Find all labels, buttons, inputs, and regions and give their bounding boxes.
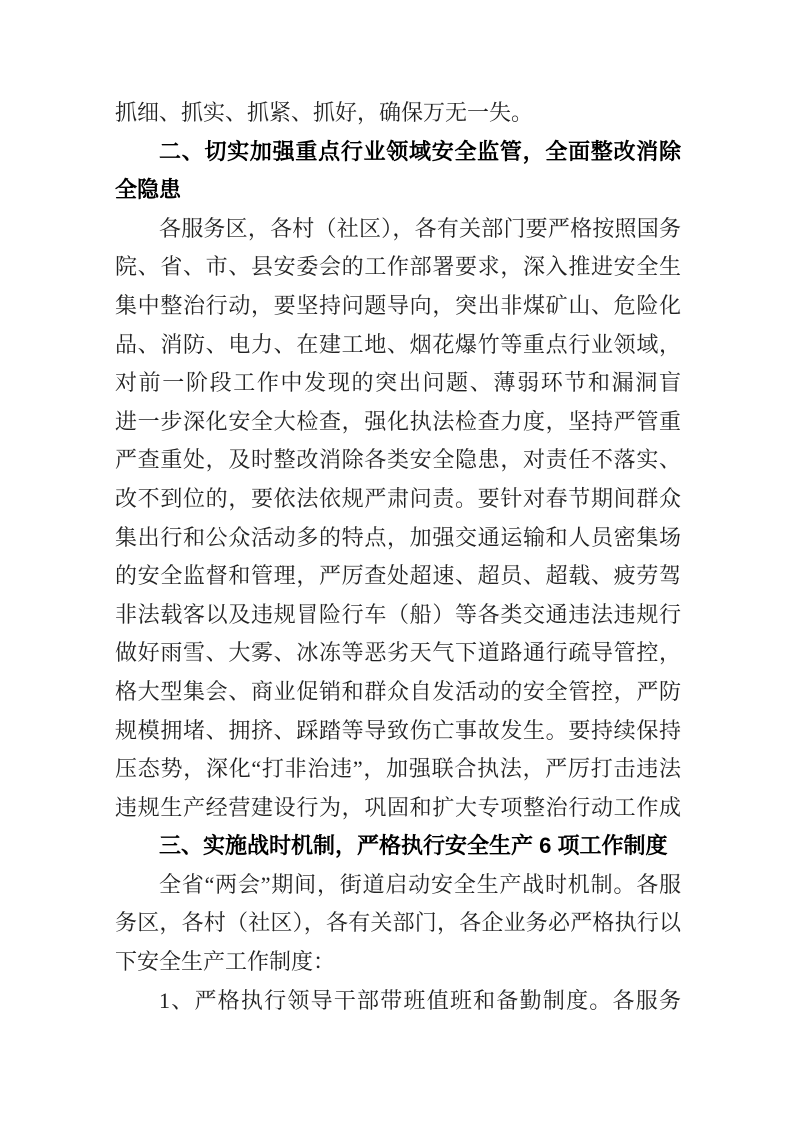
text-line: 院、省、市、县安委会的工作部署要求，深入推进安全生产 (115, 248, 681, 287)
text-line: 非法载客以及违规冒险行车（船）等各类交通违法违规行为， (115, 596, 681, 635)
text-line: 集中整治行动，要坚持问题导向，突出非煤矿山、危险化学 (115, 287, 681, 326)
text-line: 务区，各村（社区），各有关部门，各企业务必严格执行以 (115, 904, 681, 943)
text-line: 规模拥堵、拥挤、踩踏等导致伤亡事故发生。要持续保持高 (115, 712, 681, 751)
text-line: 对前一阶段工作中发现的突出问题、薄弱环节和漏洞盲区， (115, 364, 681, 403)
heading-line: 三、实施战时机制，严格执行安全生产 6 项工作制度 (115, 827, 681, 866)
text-line: 进一步深化安全大检查，强化执法检查力度，坚持严管重罚、 (115, 403, 681, 442)
text-line: 压态势，深化“打非治违”，加强联合执法，严厉打击违法 (115, 750, 681, 789)
text-line: 各服务区，各村（社区），各有关部门要严格按照国务 (115, 210, 681, 249)
text-line: 下安全生产工作制度： (115, 943, 681, 982)
text-line: 的安全监督和管理，严厉查处超速、超员、超载、疲劳驾驶、 (115, 557, 681, 596)
text-line: 格大型集会、商业促销和群众自发活动的安全管控，严防大 (115, 673, 681, 712)
text-line: 集出行和公众活动多的特点，加强交通运输和人员密集场所 (115, 519, 681, 558)
document-page: 抓细、抓实、抓紧、抓好，确保万无一失。二、切实加强重点行业领域安全监管，全面整改… (0, 0, 793, 1122)
text-line: 1、严格执行领导干部带班值班和备勤制度。各服务区， (115, 982, 681, 1021)
text-line: 严查重处，及时整改消除各类安全隐患，对责任不落实、整 (115, 441, 681, 480)
text-line: 违规生产经营建设行为，巩固和扩大专项整治行动工作成果。 (115, 789, 681, 828)
text-line: 全省“两会”期间，街道启动安全生产战时机制。各服 (115, 866, 681, 905)
heading-line: 全隐患 (115, 171, 681, 210)
text-line: 改不到位的，要依法依规严肃问责。要针对春节期间群众密 (115, 480, 681, 519)
document-body: 抓细、抓实、抓紧、抓好，确保万无一失。二、切实加强重点行业领域安全监管，全面整改… (115, 94, 681, 1020)
text-line: 做好雨雪、大雾、冰冻等恶劣天气下道路通行疏导管控，严 (115, 634, 681, 673)
text-line: 品、消防、电力、在建工地、烟花爆竹等重点行业领域，针 (115, 326, 681, 365)
text-line: 抓细、抓实、抓紧、抓好，确保万无一失。 (115, 94, 681, 133)
heading-line: 二、切实加强重点行业领域安全监管，全面整改消除安 (115, 133, 681, 172)
